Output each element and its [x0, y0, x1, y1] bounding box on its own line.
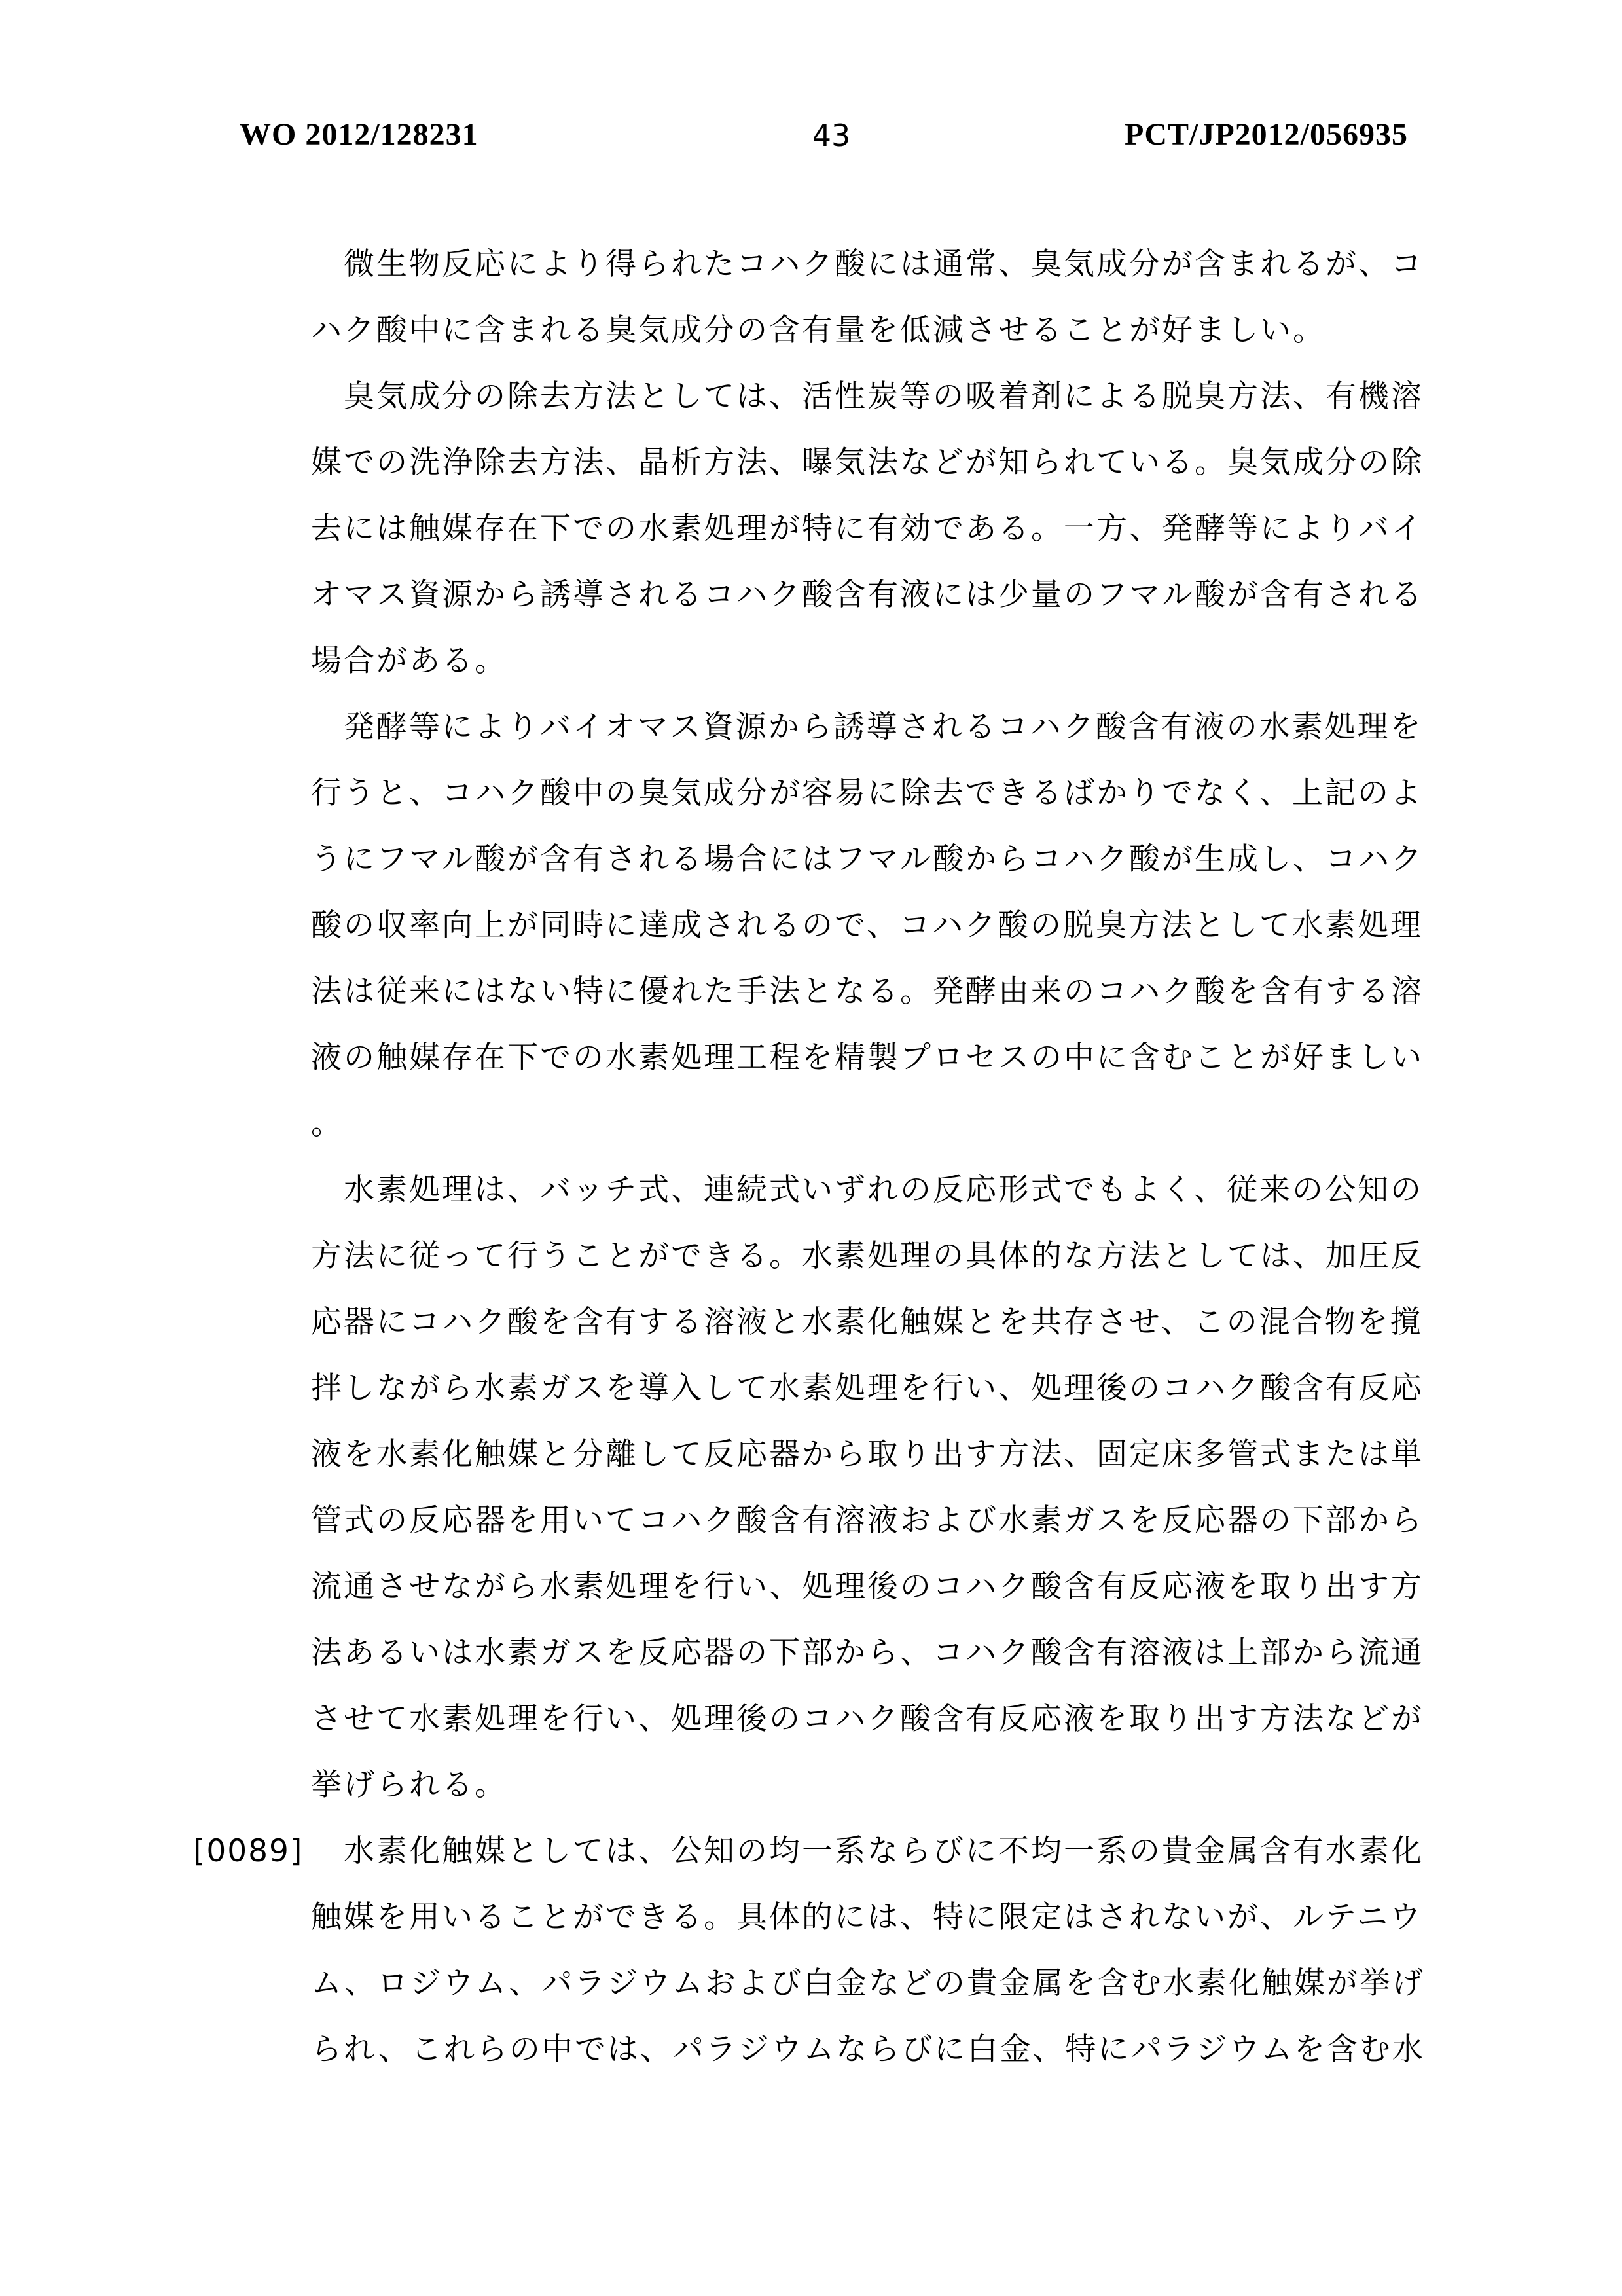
paragraph-number-label: [0089]	[193, 1818, 303, 1884]
text-line: 媒での洗浄除去方法、晶析方法、曝気法などが知られている。臭気成分の除	[311, 429, 1433, 496]
text-line: られ、これらの中では、パラジウムならびに白金、特にパラジウムを含む水	[311, 2016, 1433, 2083]
text-line: 流通させながら水素処理を行い、処理後のコハク酸含有反応液を取り出す方	[311, 1554, 1433, 1620]
patent-body-text: [0089] 微生物反応により得られたコハク酸には通常、臭気成分が含まれるが、コ…	[311, 231, 1433, 2083]
text-line: 場合がある。	[311, 628, 1433, 694]
text-line: 拌しながら水素ガスを導入して水素処理を行い、処理後のコハク酸含有反応	[311, 1355, 1433, 1421]
text-line: させて水素処理を行い、処理後のコハク酸含有反応液を取り出す方法などが	[311, 1686, 1433, 1752]
text-line: 触媒を用いることができる。具体的には、特に限定はされないが、ルテニウ	[311, 1884, 1433, 1950]
application-number: PCT/JP2012/056935	[1125, 117, 1408, 153]
text-line: 水素化触媒としては、公知の均一系ならびに不均一系の貴金属含有水素化	[311, 1818, 1433, 1884]
text-line: 方法に従って行うことができる。水素処理の具体的な方法としては、加圧反	[311, 1223, 1433, 1289]
text-line: 去には触媒存在下での水素処理が特に有効である。一方、発酵等によりバイ	[311, 496, 1433, 562]
text-line: 臭気成分の除去方法としては、活性炭等の吸着剤による脱臭方法、有機溶	[311, 363, 1433, 429]
text-line: 。	[311, 1091, 1433, 1157]
text-line: ム、ロジウム、パラジウムおよび白金などの貴金属を含む水素化触媒が挙げ	[311, 1950, 1433, 2016]
text-line: 酸の収率向上が同時に達成されるので、コハク酸の脱臭方法として水素処理	[311, 892, 1433, 958]
patent-page: WO 2012/128231 43 PCT/JP2012/056935 [008…	[0, 0, 1622, 2296]
text-line: オマス資源から誘導されるコハク酸含有液には少量のフマル酸が含有される	[311, 562, 1433, 628]
text-line: 挙げられる。	[311, 1752, 1433, 1818]
page-header: WO 2012/128231 43 PCT/JP2012/056935	[0, 117, 1622, 156]
text-line: 発酵等によりバイオマス資源から誘導されるコハク酸含有液の水素処理を	[311, 694, 1433, 760]
text-line: 法あるいは水素ガスを反応器の下部から、コハク酸含有溶液は上部から流通	[311, 1620, 1433, 1686]
text-line: ハク酸中に含まれる臭気成分の含有量を低減させることが好ましい。	[311, 297, 1433, 363]
text-line: 液を水素化触媒と分離して反応器から取り出す方法、固定床多管式または単	[311, 1421, 1433, 1487]
text-line: 液の触媒存在下での水素処理工程を精製プロセスの中に含むことが好ましい	[311, 1025, 1433, 1091]
text-line: 応器にコハク酸を含有する溶液と水素化触媒とを共存させ、この混合物を撹	[311, 1289, 1433, 1355]
text-line: 法は従来にはない特に優れた手法となる。発酵由来のコハク酸を含有する溶	[311, 958, 1433, 1025]
text-line: 微生物反応により得られたコハク酸には通常、臭気成分が含まれるが、コ	[311, 231, 1433, 297]
text-line: 水素処理は、バッチ式、連続式いずれの反応形式でもよく、従来の公知の	[311, 1157, 1433, 1223]
text-line: うにフマル酸が含有される場合にはフマル酸からコハク酸が生成し、コハク	[311, 826, 1433, 892]
text-line: 行うと、コハク酸中の臭気成分が容易に除去できるばかりでなく、上記のよ	[311, 760, 1433, 826]
text-line: 管式の反応器を用いてコハク酸含有溶液および水素ガスを反応器の下部から	[311, 1487, 1433, 1554]
